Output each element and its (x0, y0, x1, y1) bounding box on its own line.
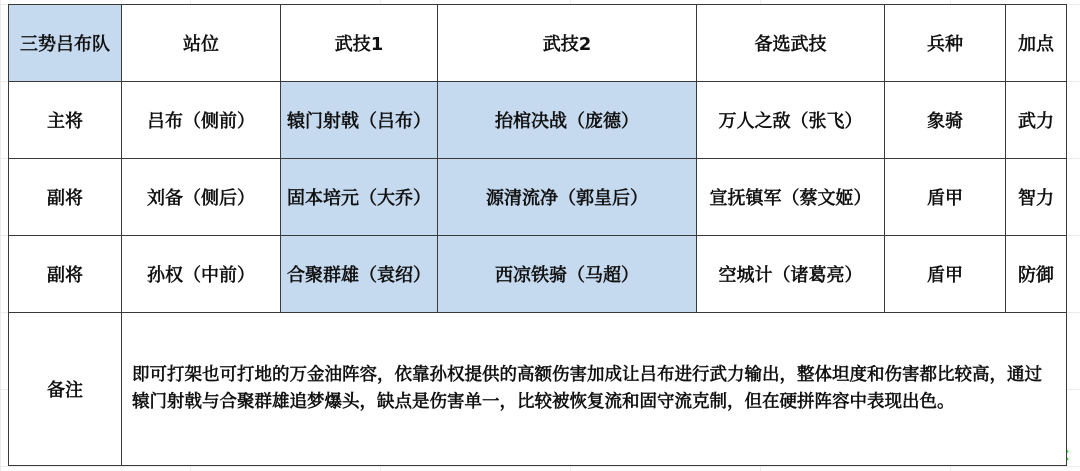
troop-cell: 盾甲 (885, 159, 1006, 236)
lineup-grid: 三势吕布队 站位 武技1 武技2 备选武技 兵种 加点 主将 吕布（侧前） 辕门… (8, 4, 1067, 466)
alt-skill-cell: 宣抚镇军（蔡文姬） (697, 159, 885, 236)
notes-row: 备注 即可打架也可打地的万金油阵容，依靠孙权提供的高额伤害加成让吕布进行武力输出… (9, 313, 1067, 466)
header-position: 站位 (122, 5, 281, 82)
stat-cell: 防御 (1006, 236, 1067, 313)
header-alt-skill: 备选武技 (697, 5, 885, 82)
troop-cell: 盾甲 (885, 236, 1006, 313)
table-row-vice-general-1: 副将 刘备（侧后） 固本培元（大乔） 源清流净（郭皇后） 宣抚镇军（蔡文姬） 盾… (9, 159, 1067, 236)
skill1-cell: 辕门射戟（吕布） (281, 82, 438, 159)
notes-text: 即可打架也可打地的万金油阵容，依靠孙权提供的高额伤害加成让吕布进行武力输出，整体… (122, 313, 1067, 466)
header-stat: 加点 (1006, 5, 1067, 82)
stat-cell: 武力 (1006, 82, 1067, 159)
skill2-cell: 源清流净（郭皇后） (438, 159, 697, 236)
header-row: 三势吕布队 站位 武技1 武技2 备选武技 兵种 加点 (9, 5, 1067, 82)
role-cell: 副将 (9, 236, 122, 313)
skill2-cell: 抬棺决战（庞德） (438, 82, 697, 159)
table-row-main-general: 主将 吕布（侧前） 辕门射戟（吕布） 抬棺决战（庞德） 万人之敌（张飞） 象骑 … (9, 82, 1067, 159)
position-cell: 孙权（中前） (122, 236, 281, 313)
skill1-cell: 固本培元（大乔） (281, 159, 438, 236)
notes-label: 备注 (9, 313, 122, 466)
table-row-vice-general-2: 副将 孙权（中前） 合聚群雄（袁绍） 西凉铁骑（马超） 空城计（诸葛亮） 盾甲 … (9, 236, 1067, 313)
role-cell: 副将 (9, 159, 122, 236)
header-troop: 兵种 (885, 5, 1006, 82)
stat-cell: 智力 (1006, 159, 1067, 236)
header-skill1: 武技1 (281, 5, 438, 82)
header-skill2: 武技2 (438, 5, 697, 82)
role-cell: 主将 (9, 82, 122, 159)
position-cell: 吕布（侧前） (122, 82, 281, 159)
troop-cell: 象骑 (885, 82, 1006, 159)
skill2-cell: 西凉铁骑（马超） (438, 236, 697, 313)
alt-skill-cell: 空城计（诸葛亮） (697, 236, 885, 313)
position-cell: 刘备（侧后） (122, 159, 281, 236)
skill1-cell: 合聚群雄（袁绍） (281, 236, 438, 313)
alt-skill-cell: 万人之敌（张飞） (697, 82, 885, 159)
header-team-name: 三势吕布队 (9, 5, 122, 82)
